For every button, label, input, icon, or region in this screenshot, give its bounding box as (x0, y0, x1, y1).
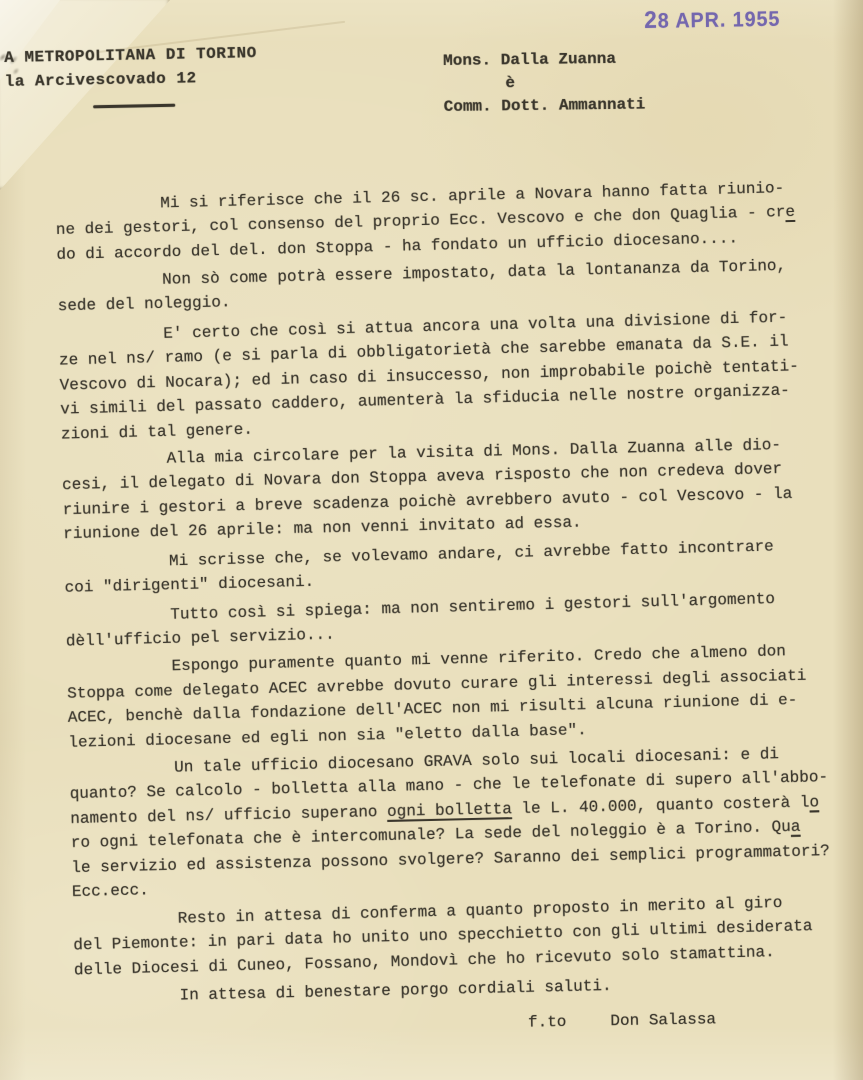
paragraph: Alla mia circolare per la visita di Mons… (61, 432, 838, 547)
recipient-block: Mons. Dalla Zuanna è Comm. Dott. Ammanna… (443, 48, 645, 119)
letter-body: Mi si riferisce che il 26 sc. aprile a N… (55, 175, 850, 1015)
signature-prefix: f.to (528, 1013, 567, 1032)
signature-line: f.toDon Salassa (528, 1010, 716, 1031)
letterhead: A METROPOLITANA DI TORINO la Arcivescova… (4, 41, 258, 110)
paragraph: Un tale ufficio diocesano GRAVA solo sui… (69, 741, 847, 905)
paragraph: Mi si riferisce che il 26 sc. aprile a N… (55, 175, 832, 267)
recipient-name-1: Mons. Dalla Zuanna (443, 48, 645, 73)
paragraph: Espongo puramente quanto mi venne riferi… (66, 638, 843, 755)
date-stamp: 28 APR. 1955 (644, 5, 781, 35)
paragraph: E' certo che così si attua ancora una vo… (58, 304, 836, 446)
letterhead-org-line: A METROPOLITANA DI TORINO (4, 41, 257, 70)
letterhead-address-line: la Arcivescovado 12 (4, 65, 257, 94)
recipient-conjunction: è (505, 71, 645, 96)
letterhead-rule (93, 104, 175, 109)
signature-name: Don Salassa (610, 1010, 716, 1030)
scanned-letter-page: 28 APR. 1955 A METROPOLITANA DI TORINO l… (0, 0, 863, 1080)
paragraph: Resto in attesa di conferma a quanto pro… (72, 890, 849, 983)
recipient-name-2: Comm. Dott. Ammannati (444, 94, 646, 119)
